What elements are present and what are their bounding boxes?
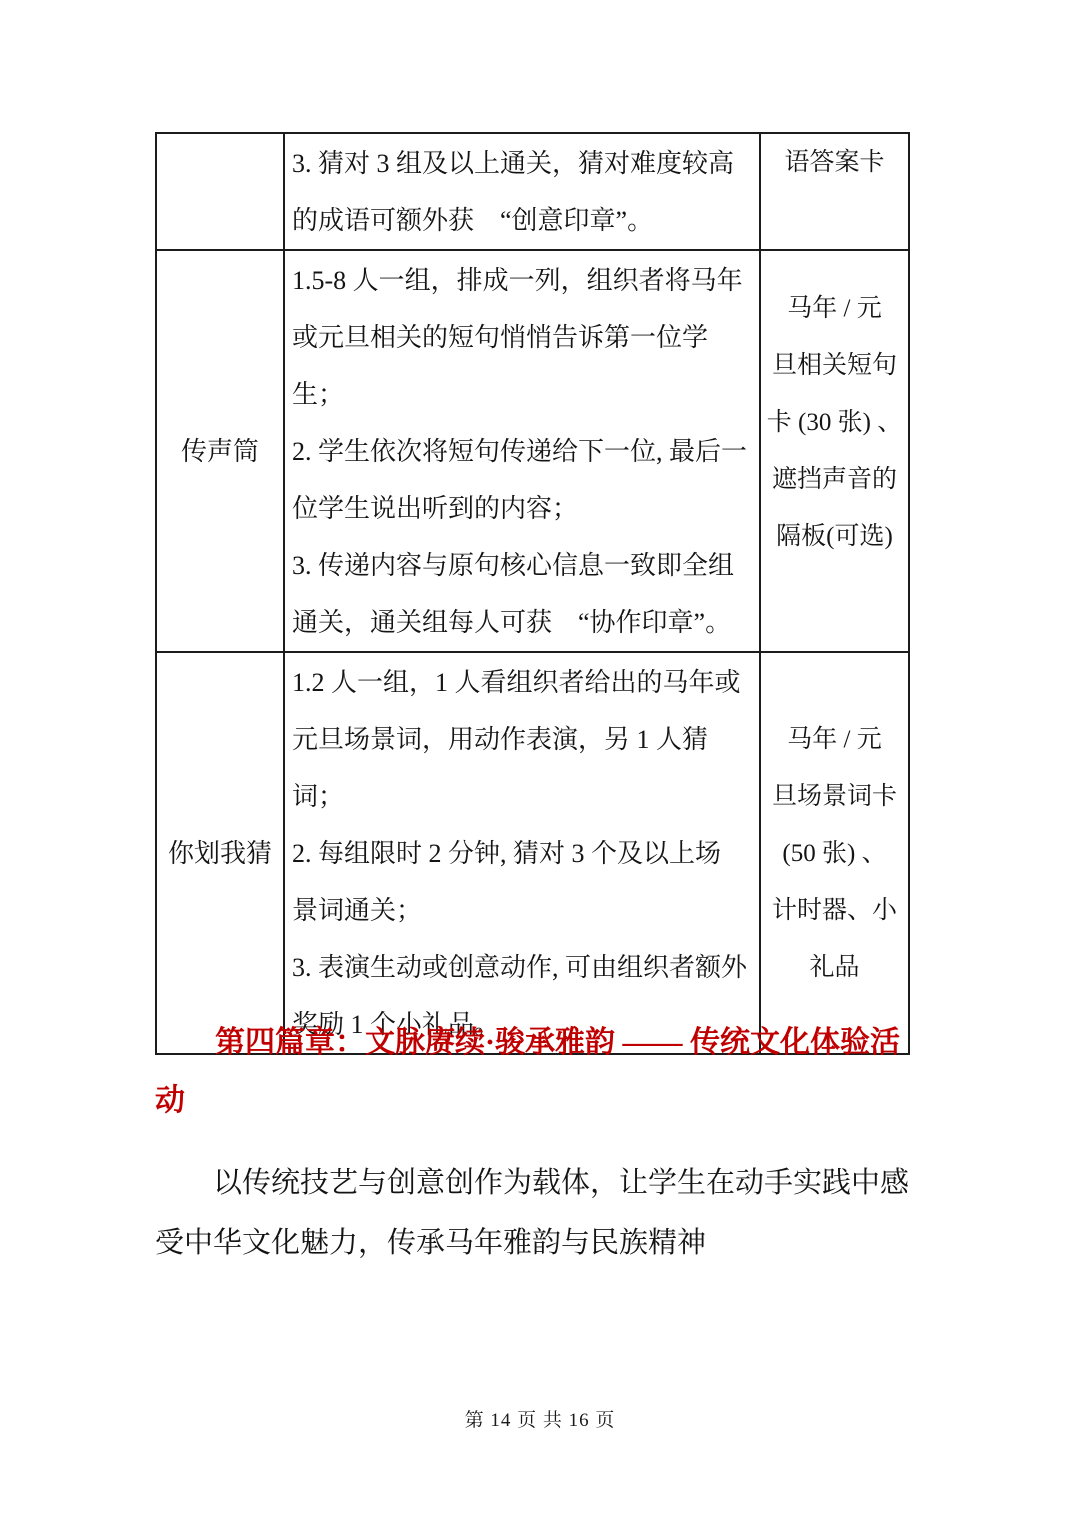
body-paragraph: 以传统技艺与创意创作为载体，让学生在动手实践中感 受中华文化魅力，传承马年雅韵与… [155, 1153, 955, 1273]
activity-name-cell [156, 133, 284, 250]
rules-cell: 1.5-8 人一组，排成一列，组织者将马年 或元旦相关的短句悄悄告诉第一位学生；… [284, 250, 760, 652]
materials-cell: 语答案卡 [760, 133, 909, 250]
materials-cell: 马年 / 元 旦场景词卡 (50 张) 、 计时器、小 礼品 [760, 652, 909, 1054]
document-page: 3. 猜对 3 组及以上通关，猜对难度较高 的成语可额外获 “创意印章”。 语答… [0, 0, 1080, 1528]
rules-cell: 1.2 人一组，1 人看组织者给出的马年或 元旦场景词，用动作表演，另 1 人猜… [284, 652, 760, 1054]
activity-name-cell: 传声筒 [156, 250, 284, 652]
page-number: 第 14 页 共 16 页 [0, 1405, 1080, 1432]
section-heading: 第四篇章：文脉赓续·骏承雅韵 —— 传统文化体验活 动 [155, 1014, 955, 1130]
table-row: 传声筒 1.5-8 人一组，排成一列，组织者将马年 或元旦相关的短句悄悄告诉第一… [156, 250, 909, 652]
activity-table: 3. 猜对 3 组及以上通关，猜对难度较高 的成语可额外获 “创意印章”。 语答… [155, 132, 910, 1055]
table-row: 3. 猜对 3 组及以上通关，猜对难度较高 的成语可额外获 “创意印章”。 语答… [156, 133, 909, 250]
table-row: 你划我猜 1.2 人一组，1 人看组织者给出的马年或 元旦场景词，用动作表演，另… [156, 652, 909, 1054]
materials-cell: 马年 / 元 旦相关短句 卡 (30 张) 、 遮挡声音的 隔板(可选) [760, 250, 909, 652]
rules-cell: 3. 猜对 3 组及以上通关，猜对难度较高 的成语可额外获 “创意印章”。 [284, 133, 760, 250]
activity-name-cell: 你划我猜 [156, 652, 284, 1054]
